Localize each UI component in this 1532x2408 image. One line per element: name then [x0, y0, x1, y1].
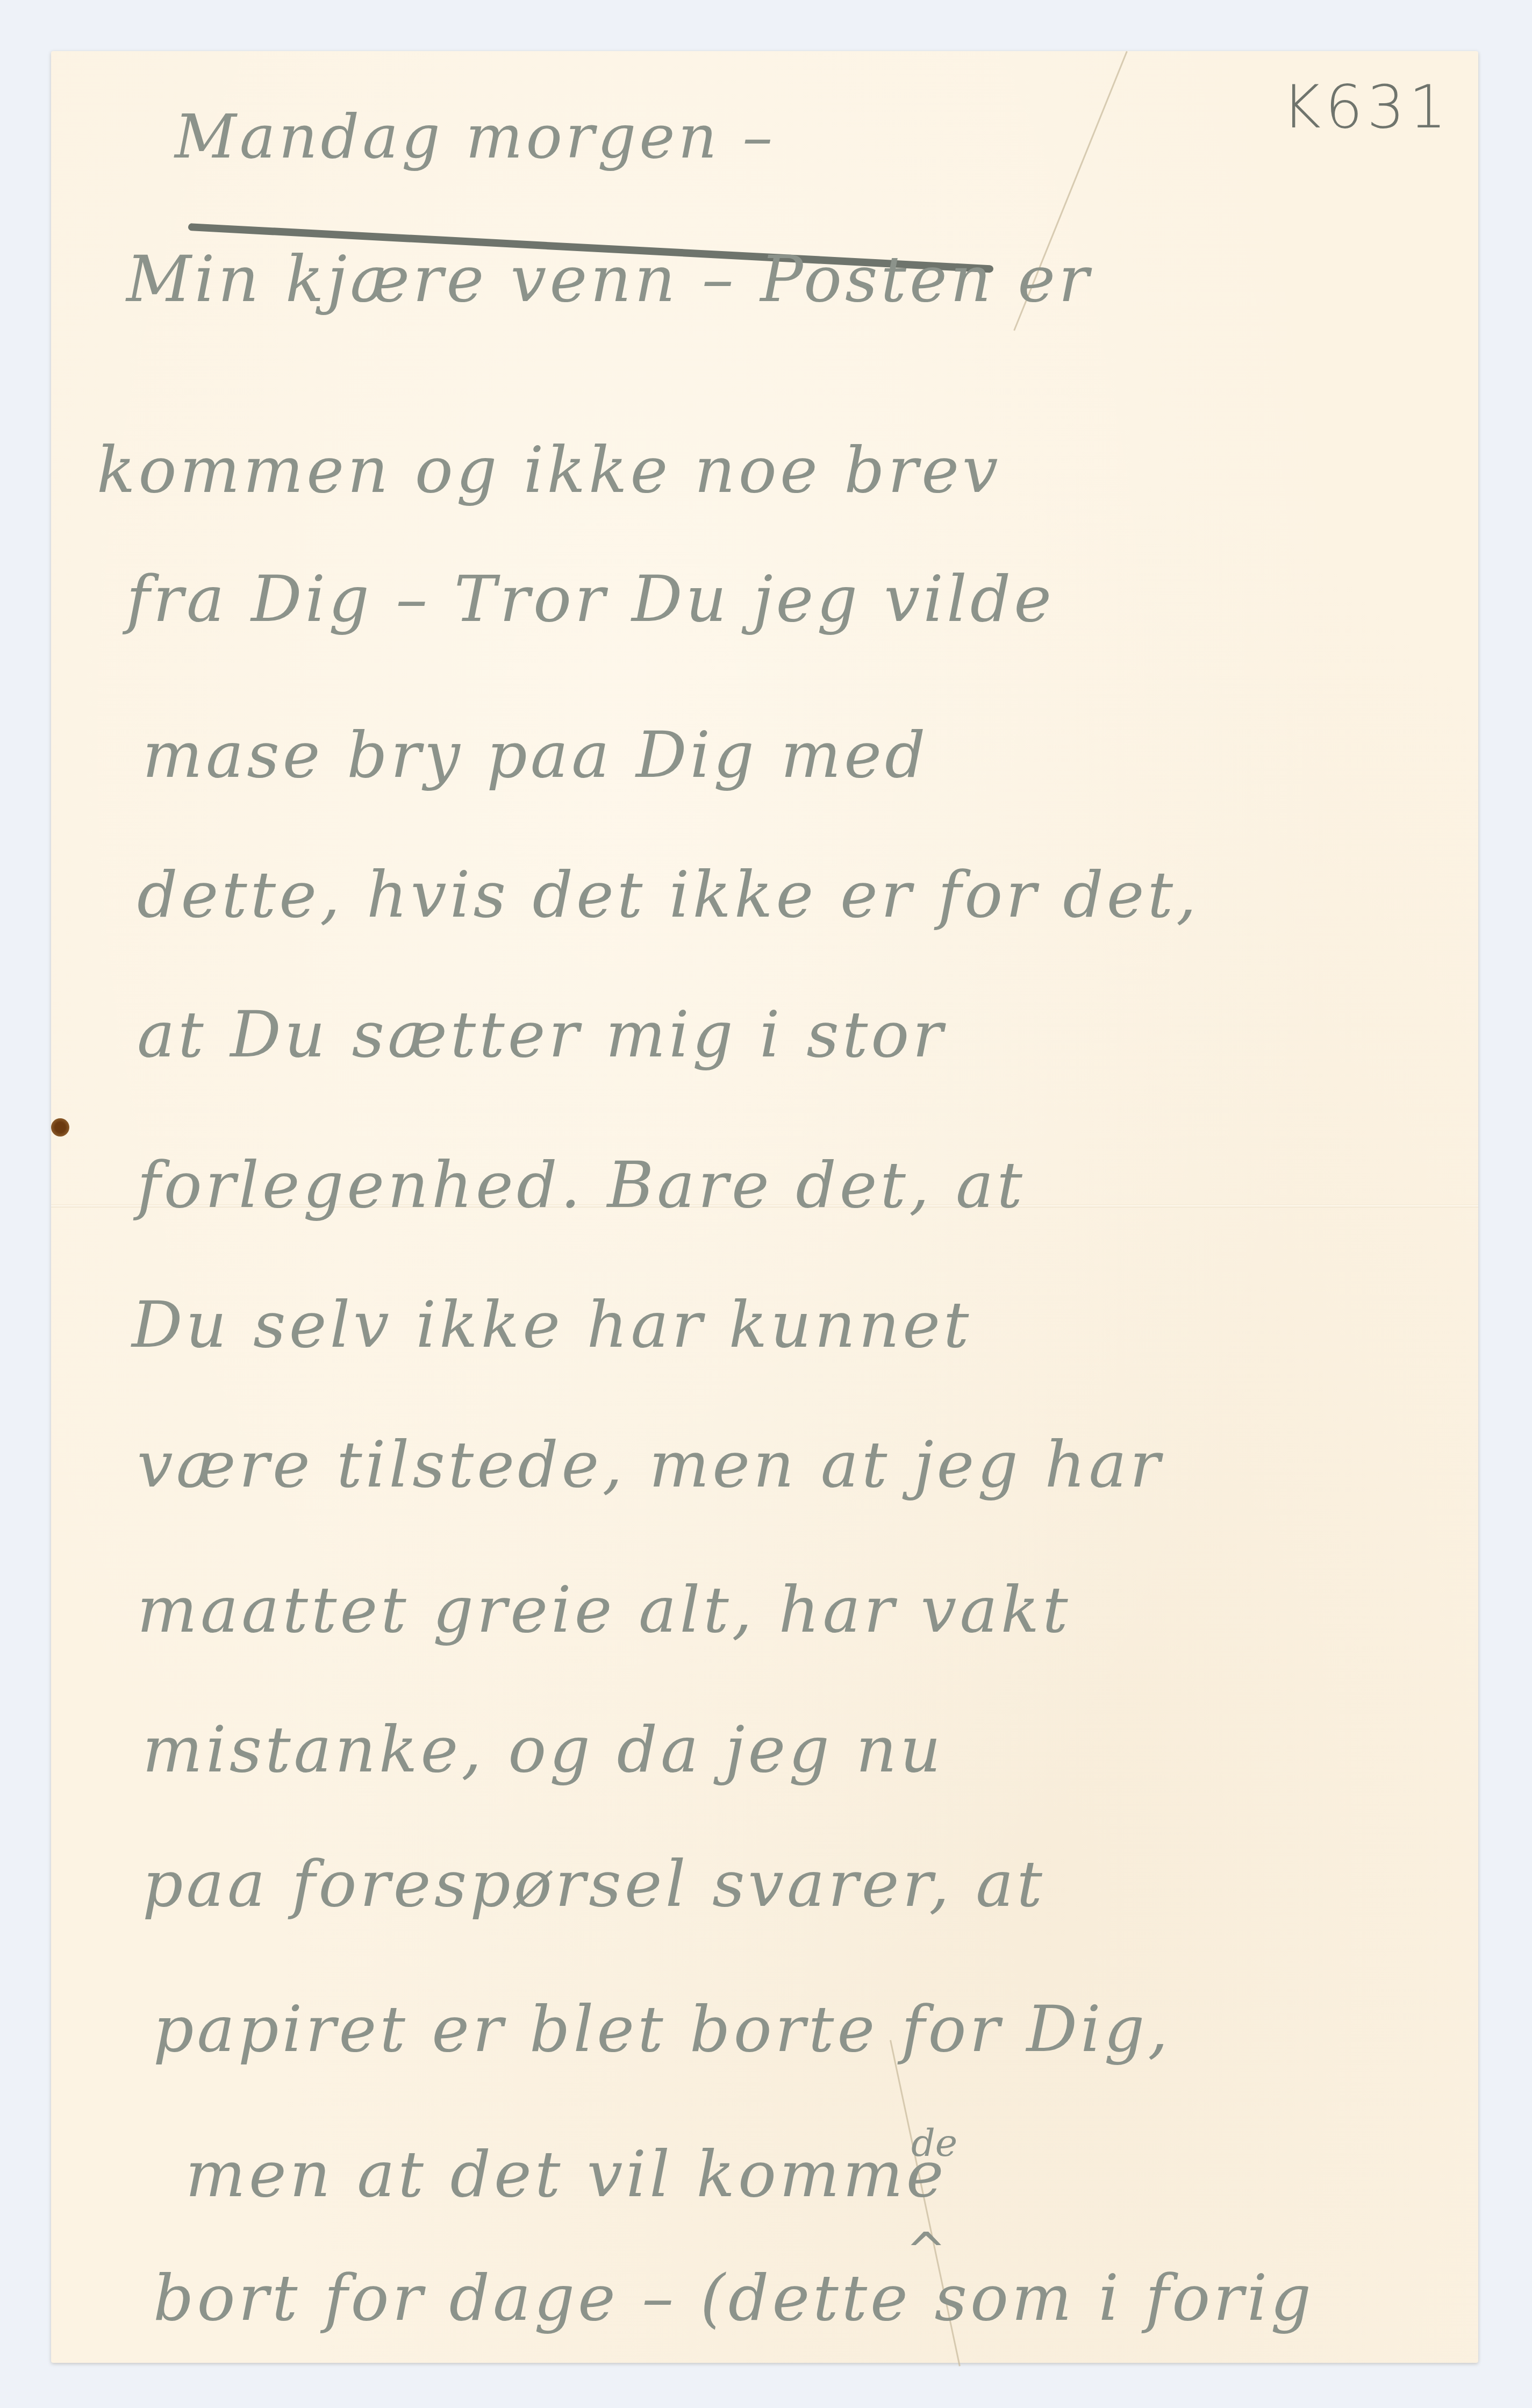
letter-line-14: men at det vil komme [185, 2137, 947, 2211]
letter-line-12: paa forespørsel svarer, at [142, 1847, 1046, 1921]
letter-heading: Mandag morgen – [175, 102, 776, 172]
archive-id-label: K631 [1282, 73, 1451, 141]
letter-line-10: maattet greie alt, har vakt [137, 1573, 1071, 1647]
letter-line-13: papiret er blet borte for Dig, [153, 1992, 1171, 2066]
letter-line-8: Du selv ikke har kunnet [132, 1288, 972, 1362]
letter-line-15: bort for dage – (dette som i forig [153, 2261, 1314, 2335]
rust-stain [51, 1118, 69, 1137]
letter-line-2: kommen og ikke noe brev [97, 433, 1001, 507]
letter-page: K631 Mandag morgen – Min kjære venn – Po… [51, 51, 1478, 2363]
letter-line-5: dette, hvis det ikke er for det, [137, 858, 1200, 932]
letter-line-7: forlegenhed. Bare det, at [137, 1148, 1026, 1222]
letter-line-6: at Du sætter mig i stor [137, 997, 946, 1071]
letter-line-1: Min kjære venn – Posten er [126, 242, 1092, 316]
letter-line-9: være tilstede, men at jeg har [137, 1427, 1163, 1502]
letter-line-11: mistanke, og da jeg nu [142, 1712, 944, 1787]
letter-line-4: mase bry paa Dig med [142, 718, 929, 792]
letter-line-3: fra Dig – Tror Du jeg vilde [126, 562, 1055, 636]
